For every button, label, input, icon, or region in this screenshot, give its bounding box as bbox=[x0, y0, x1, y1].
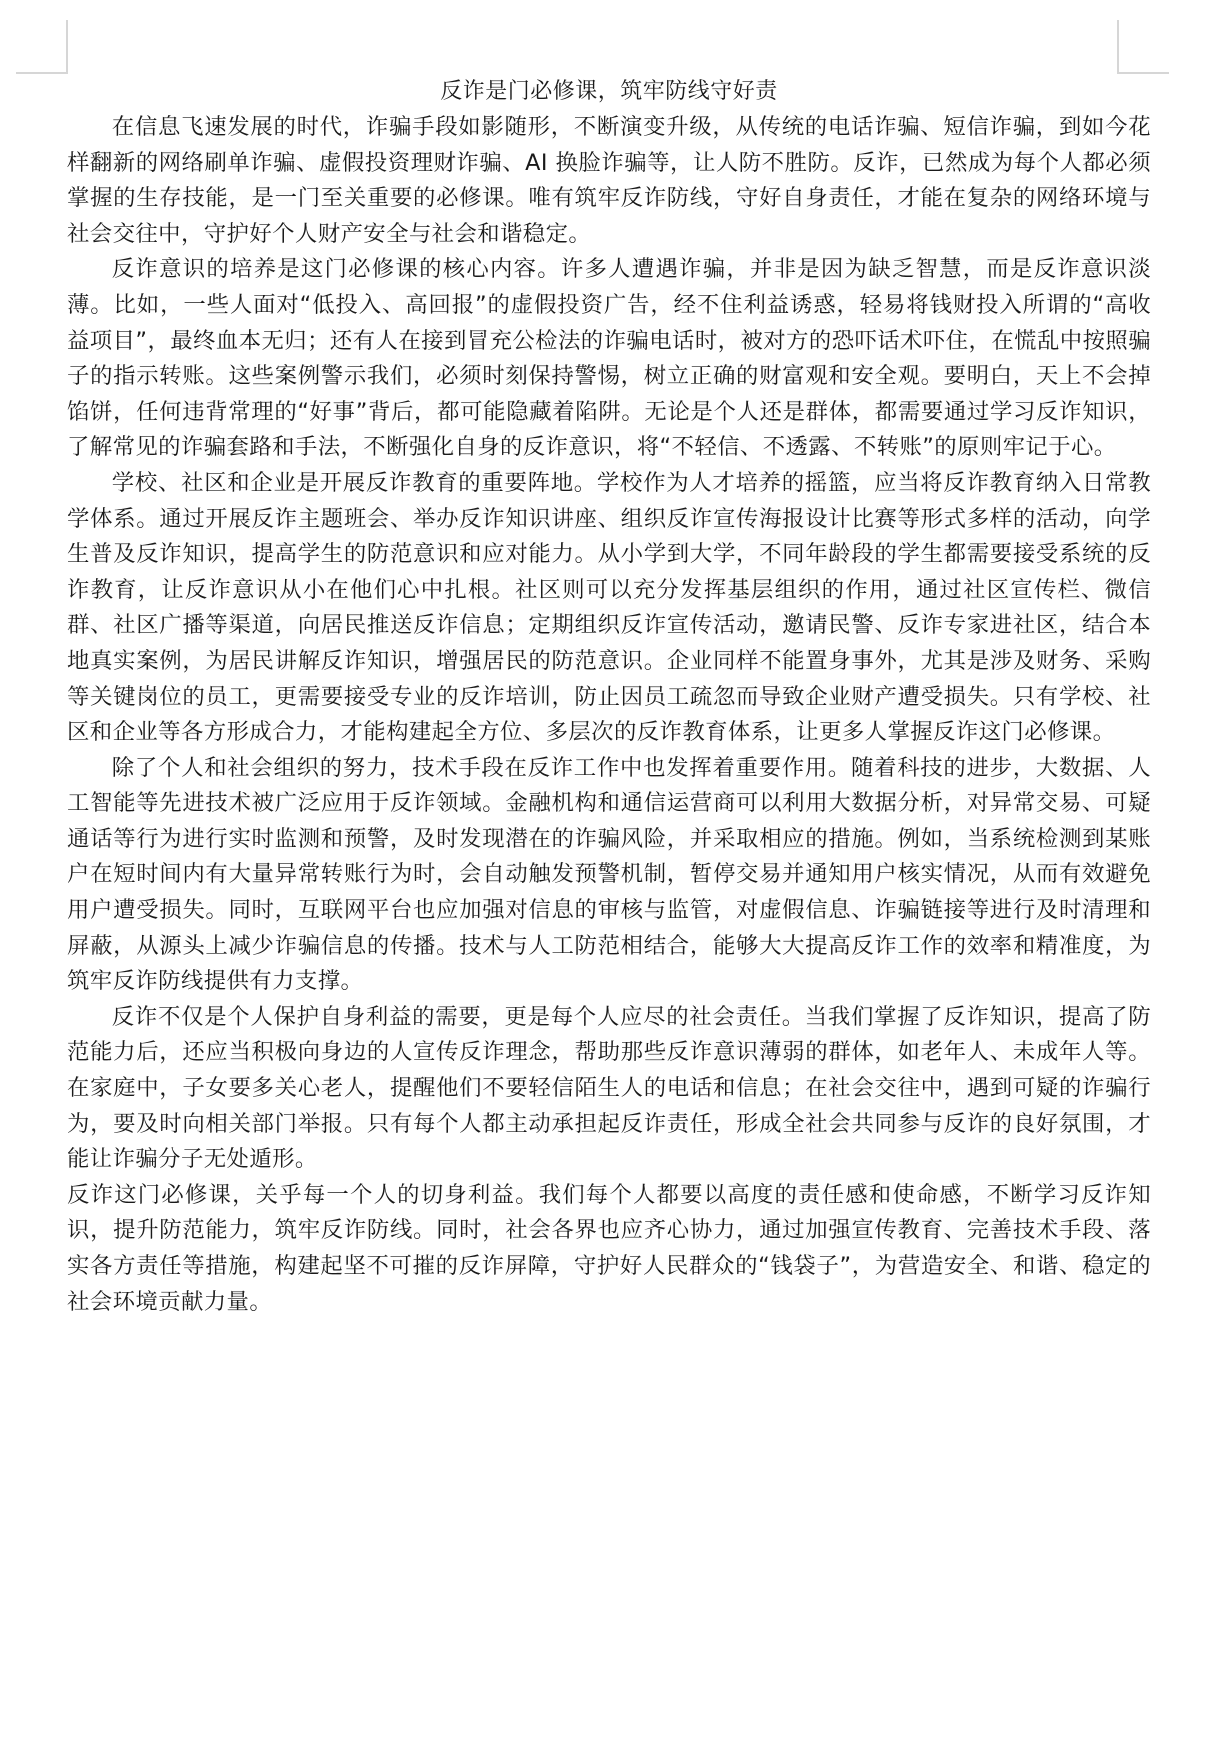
paragraph-conclusion: 反诈这门必修课，关乎每一个人的切身利益。我们每个人都要以高度的责任感和使命感，不… bbox=[67, 1178, 1151, 1320]
paragraph-technology: 除了个人和社会组织的努力，技术手段在反诈工作中也发挥着重要作用。随着科技的进步，… bbox=[67, 751, 1151, 1000]
margin-corner-mark-top-right bbox=[1117, 20, 1169, 74]
paragraph-education: 学校、社区和企业是开展反诈教育的重要阵地。学校作为人才培养的摇篮，应当将反诈教育… bbox=[67, 466, 1151, 751]
document-title: 反诈是门必修课，筑牢防线守好责 bbox=[67, 74, 1151, 110]
paragraph-awareness: 反诈意识的培养是这门必修课的核心内容。许多人遭遇诈骗，并非是因为缺乏智慧，而是反… bbox=[67, 252, 1151, 466]
paragraph-intro: 在信息飞速发展的时代，诈骗手段如影随形，不断演变升级，从传统的电话诈骗、短信诈骗… bbox=[67, 110, 1151, 252]
paragraph-responsibility: 反诈不仅是个人保护自身利益的需要，更是每个人应尽的社会责任。当我们掌握了反诈知识… bbox=[67, 1000, 1151, 1178]
margin-corner-mark-top-left bbox=[16, 20, 68, 74]
document-page: 反诈是门必修课，筑牢防线守好责 在信息飞速发展的时代，诈骗手段如影随形，不断演变… bbox=[67, 74, 1151, 1320]
